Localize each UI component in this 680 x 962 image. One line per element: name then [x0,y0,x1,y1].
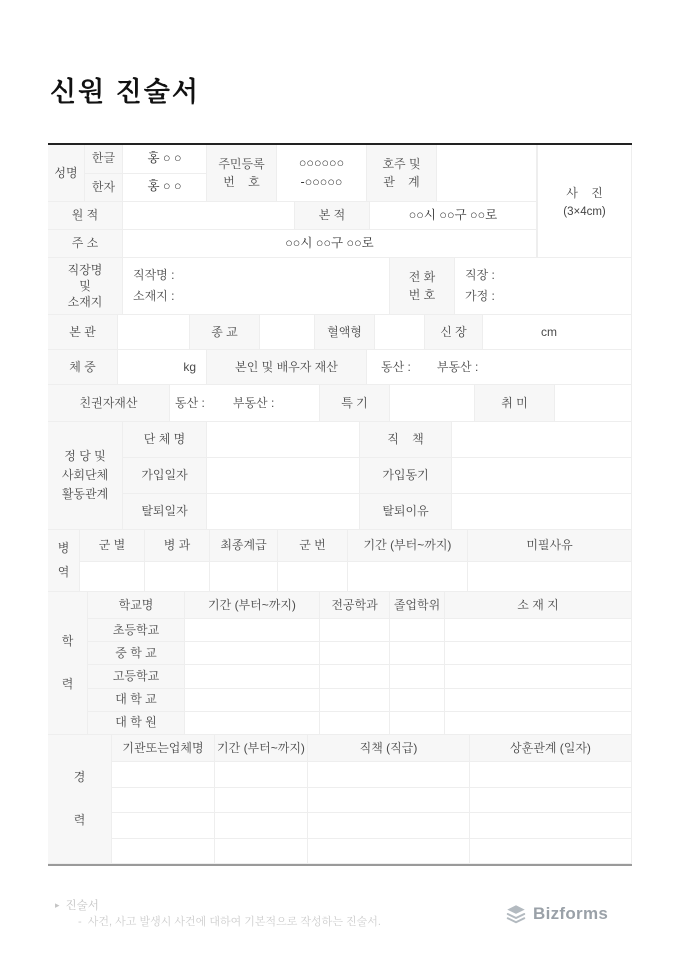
career-org-cell [112,762,215,788]
org-leave-reason-value [452,494,632,530]
phone-home-line: 가정 : [465,289,495,304]
military-section: 병 역 군 별 병 과 최종계급 군 번 기간 (부터~까지) 미필사유 [48,530,632,592]
self-spouse-movable-label: 동산 : [381,360,411,375]
edu-degree-cell [390,689,445,712]
phone-work-line: 직장 : [465,268,495,283]
career-org-cell [112,813,215,839]
resident-no-label: 주민등록 번 호 [207,145,277,202]
career-period-header: 기간 (부터~까지) [215,735,308,762]
org-position-value [452,422,632,458]
page-title: 신원 진술서 [50,70,200,109]
career-org-cell [112,788,215,814]
military-exemption-header: 미필사유 [468,530,632,562]
org-join-motive-value [452,458,632,494]
edu-row-middle: 중 학 교 [88,642,632,665]
resident-no-label-line1: 주민등록 [218,157,264,172]
org-join-date-value [207,458,360,494]
edu-major-cell [320,642,390,665]
edu-row-label: 초등학교 [88,619,185,642]
org-name-value [207,422,360,458]
edu-major-cell [320,712,390,735]
career-period-cell [215,839,308,865]
career-org-cell [112,839,215,865]
resident-no-value-line1: ○○○○○○ [299,156,344,172]
edu-period-cell [185,619,320,642]
origin-label: 원 적 [48,202,123,230]
career-section: 경 력 기관또는업체명 기간 (부터~까지) 직책 (직급) 상훈관계 (일자) [48,735,632,864]
military-specialty-header: 병 과 [145,530,210,562]
weight-label: 체 중 [48,350,118,385]
brand-name: Bizforms [533,904,608,924]
edu-period-cell [185,642,320,665]
career-row [112,813,632,839]
edu-period-header: 기간 (부터~까지) [185,592,320,619]
footer-note: ▸ 진술서 [55,897,99,913]
career-award-cell [470,813,632,839]
edu-row-label: 대 학 원 [88,712,185,735]
org-join-date-label: 가입일자 [123,458,207,494]
phone-label-line1: 전 화 [409,270,436,285]
edu-location-header: 소 재 지 [445,592,632,619]
career-label-char2: 력 [74,813,86,828]
phone-content: 직장 : 가정 : [455,258,632,315]
career-position-cell [308,762,470,788]
military-label-char1: 병 [58,541,70,556]
career-period-cell [215,788,308,814]
workplace-label-line1: 직장명 [68,263,103,278]
organization-section-label: 정 당 및 사회단체 활동관계 [48,422,123,530]
name-hanja-label: 한자 [85,174,123,203]
edu-location-cell [445,665,632,688]
resident-no-label-line2: 번 호 [223,175,260,190]
layers-icon [505,903,527,925]
workplace-name-line: 직작명 : [133,268,174,283]
photo-size-label: (3×4cm) [563,206,606,218]
edu-row-label: 중 학 교 [88,642,185,665]
organization-label-line1: 정 당 및 [64,449,105,464]
edu-degree-cell [390,642,445,665]
military-period-value [348,562,468,592]
footer-note-desc: - 사건, 사고 발생시 사건에 대하여 기본적으로 작성하는 진술서. [78,913,381,929]
identity-section: 성명 한글 한자 홍 ○ ○ 홍 ○ ○ 주민등록 번 호 ○○○○○○ [48,145,632,258]
phone-label-line2: 번 호 [409,288,436,303]
org-join-motive-label: 가입동기 [360,458,452,494]
edu-major-cell [320,665,390,688]
organization-label-line3: 활동관계 [62,487,108,502]
address-label: 주 소 [48,230,123,258]
edu-location-cell [445,689,632,712]
phone-label: 전 화 번 호 [390,258,455,315]
resident-no-value-line2: -○○○○○ [301,175,343,191]
weight-value: kg [118,350,207,385]
career-row [112,762,632,788]
householder-label-line2: 관 계 [383,175,420,190]
blood-type-value [375,315,425,350]
photo-cell: 사 진 (3×4cm) [537,145,632,258]
edu-row-label: 고등학교 [88,665,185,688]
edu-row-label: 대 학 교 [88,689,185,712]
name-hanja-value: 홍 ○ ○ [123,174,207,203]
workplace-label: 직장명 및 소재지 [48,258,123,315]
document-sheet: 신원 진술서 성명 한글 한자 홍 ○ ○ 홍 ○ ○ 주민등록 [0,0,680,962]
career-award-cell [470,839,632,865]
military-branch-value [80,562,145,592]
registered-domicile-label: 본 적 [295,202,370,230]
householder-value [437,145,537,202]
hobby-value [555,385,632,422]
military-exemption-value [468,562,632,592]
brand-logo: Bizforms [505,903,608,925]
org-leave-date-value [207,494,360,530]
education-section: 학 력 학교명 기간 (부터~까지) 전공학과 졸업학위 소 재 지 초등학교 [48,592,632,735]
edu-row-university: 대 학 교 [88,689,632,712]
career-period-cell [215,762,308,788]
org-leave-reason-label: 탈퇴이유 [360,494,452,530]
origin-value [123,202,295,230]
military-service-no-header: 군 번 [278,530,348,562]
military-period-header: 기간 (부터~까지) [348,530,468,562]
organization-label-line2: 사회단체 [62,468,108,483]
edu-major-cell [320,619,390,642]
religion-label: 종 교 [190,315,260,350]
edu-major-cell [320,689,390,712]
self-spouse-property-value: 동산 : 부동산 : [367,350,632,385]
military-specialty-value [145,562,210,592]
bullet-icon: ▸ [55,900,60,911]
career-section-label: 경 력 [48,735,112,864]
military-label-char2: 역 [58,565,70,580]
clan-label: 본 관 [48,315,118,350]
edu-major-header: 전공학과 [320,592,390,619]
edu-row-graduate: 대 학 원 [88,712,632,735]
specialty-label: 특 기 [320,385,390,422]
career-position-header: 직책 (직급) [308,735,470,762]
edu-degree-header: 졸업학위 [390,592,445,619]
edu-period-cell [185,712,320,735]
name-hangul-value: 홍 ○ ○ [123,145,207,174]
workplace-label-line2: 및 [79,279,91,294]
career-position-cell [308,813,470,839]
edu-location-cell [445,712,632,735]
registered-domicile-value: ○○시 ○○구 ○○로 [370,202,537,230]
education-label-char2: 력 [62,677,74,692]
edu-degree-cell [390,619,445,642]
name-label: 성명 [48,145,85,202]
edu-row-high: 고등학교 [88,665,632,688]
guardian-real-estate-label: 부동산 : [233,396,274,411]
career-award-cell [470,788,632,814]
blood-type-label: 혈액형 [315,315,375,350]
career-period-cell [215,813,308,839]
footer-note-title: 진술서 [66,897,99,913]
hobby-label: 취 미 [475,385,555,422]
form-table: 성명 한글 한자 홍 ○ ○ 홍 ○ ○ 주민등록 번 호 ○○○○○○ [48,143,632,866]
edu-period-cell [185,689,320,712]
career-position-cell [308,788,470,814]
edu-degree-cell [390,712,445,735]
edu-period-cell [185,665,320,688]
edu-location-cell [445,619,632,642]
military-rank-value [210,562,278,592]
edu-location-cell [445,642,632,665]
guardian-property-label: 친권자재산 [48,385,170,422]
workplace-location-line: 소재지 : [133,289,174,304]
specialty-value [390,385,475,422]
education-section-label: 학 력 [48,592,88,735]
edu-degree-cell [390,665,445,688]
address-value: ○○시 ○○구 ○○로 [123,230,537,258]
self-spouse-property-label: 본인 및 배우자 재산 [207,350,367,385]
guardian-property-value: 동산 : 부동산 : [170,385,320,422]
career-award-cell [470,762,632,788]
org-leave-date-label: 탈퇴일자 [123,494,207,530]
guardian-movable-label: 동산 : [175,396,205,411]
name-hangul-label: 한글 [85,145,123,174]
organization-section: 정 당 및 사회단체 활동관계 단 체 명 직 책 가입일자 가입동기 [48,422,632,530]
military-branch-header: 군 별 [80,530,145,562]
religion-value [260,315,315,350]
clan-value [118,315,190,350]
resident-no-value: ○○○○○○ -○○○○○ [277,145,367,202]
career-org-header: 기관또는업체명 [112,735,215,762]
height-value: cm [483,315,632,350]
org-name-label: 단 체 명 [123,422,207,458]
career-label-char1: 경 [74,770,86,785]
edu-row-elementary: 초등학교 [88,619,632,642]
height-label: 신 장 [425,315,483,350]
military-service-no-value [278,562,348,592]
workplace-label-line3: 소재지 [68,295,103,310]
edu-school-header: 학교명 [88,592,185,619]
householder-label-line1: 호주 및 [382,157,420,172]
career-award-header: 상훈관계 (일자) [470,735,632,762]
workplace-content: 직작명 : 소재지 : [123,258,390,315]
career-row [112,839,632,865]
career-position-cell [308,839,470,865]
career-row [112,788,632,814]
education-label-char1: 학 [62,634,74,649]
householder-label: 호주 및 관 계 [367,145,437,202]
photo-label: 사 진 [566,184,603,201]
org-position-label: 직 책 [360,422,452,458]
military-section-label: 병 역 [48,530,80,592]
self-spouse-real-estate-label: 부동산 : [437,360,478,375]
military-rank-header: 최종계급 [210,530,278,562]
